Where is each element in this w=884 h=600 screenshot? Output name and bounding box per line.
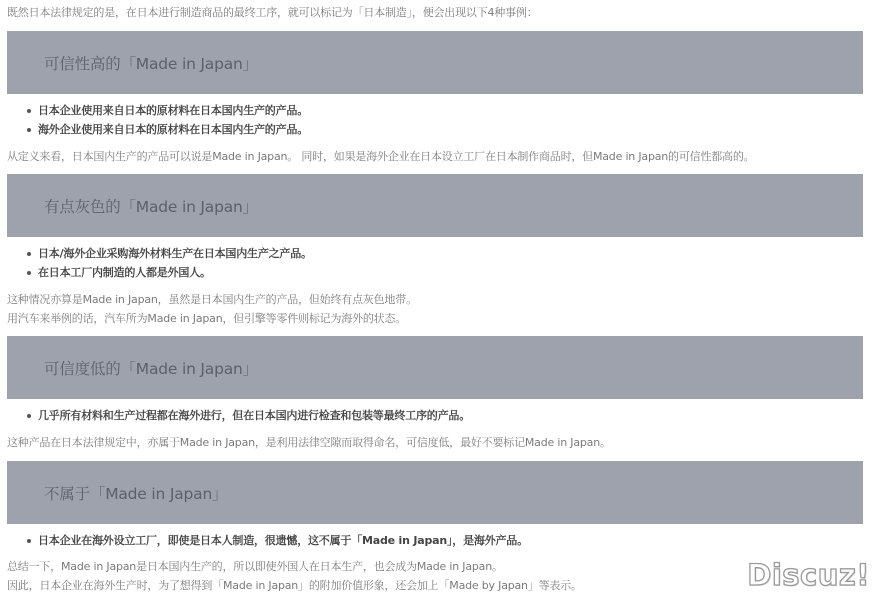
- paragraph: 这种产品在日本法律规定中，亦属于Made in Japan，是利用法律空隙而取得…: [7, 433, 611, 452]
- section-header-not-made-in-japan: 不属于「Made in Japan」: [7, 461, 863, 524]
- list-item: 日本企业使用来自日本的原材料在日本国内生产的产品。: [0, 101, 308, 120]
- bullet-list: 日本企业使用来自日本的原材料在日本国内生产的产品。 海外企业使用来自日本的原材料…: [0, 101, 308, 139]
- list-item: 海外企业使用来自日本的原材料在日本国内生产的产品。: [0, 120, 308, 139]
- bullet-icon: [27, 414, 31, 418]
- bullet-list: 几乎所有材料和生产过程都在海外进行，但在日本国内进行检查和包装等最终工序的产品。: [0, 406, 470, 425]
- intro-paragraph: 既然日本法律规定的是，在日本进行制造商品的最终工序，就可以标记为「日本制造」，便…: [7, 3, 538, 22]
- bullet-icon: [27, 128, 31, 132]
- list-item: 日本企业在海外设立工厂，即使是日本人制造，很遗憾，这不属于「Made in Ja…: [0, 531, 528, 550]
- section-heading: 不属于「Made in Japan」: [44, 482, 227, 504]
- paragraph: 总结一下，Made in Japan是日本国内生产的，所以即使外国人在日本生产，…: [7, 557, 503, 576]
- list-item: 日本/海外企业采购海外材料生产在日本国内生产之产品。: [0, 244, 312, 263]
- paragraph: 用汽车来举例的话，汽车所为Made in Japan，但引擎等零件则标记为海外的…: [7, 309, 406, 328]
- section-heading: 可信性高的「Made in Japan」: [44, 52, 258, 74]
- paragraph: 这种情况亦算是Made in Japan，虽然是日本国内生产的产品，但始终有点灰…: [7, 290, 417, 309]
- bullet-icon: [27, 252, 31, 256]
- bullet-icon: [27, 109, 31, 113]
- list-item: 在日本工厂内制造的人都是外国人。: [0, 263, 312, 282]
- section-heading: 有点灰色的「Made in Japan」: [44, 195, 258, 217]
- bullet-icon: [27, 271, 31, 275]
- paragraph: 从定义来看，日本国内生产的产品可以说是Made in Japan。 同时，如果是…: [7, 147, 754, 166]
- bullet-list: 日本/海外企业采购海外材料生产在日本国内生产之产品。 在日本工厂内制造的人都是外…: [0, 244, 312, 282]
- list-item: 几乎所有材料和生产过程都在海外进行，但在日本国内进行检查和包装等最终工序的产品。: [0, 406, 470, 425]
- section-heading: 可信度低的「Made in Japan」: [44, 357, 258, 379]
- paragraph: 因此，日本企业在海外生产时，为了想得到「Made in Japan」的附加价值形…: [7, 576, 582, 595]
- section-header-gray-area: 有点灰色的「Made in Japan」: [7, 174, 863, 237]
- discuz-watermark-logo: Discuz!: [747, 558, 870, 592]
- bullet-icon: [27, 539, 31, 543]
- section-header-high-trust: 可信性高的「Made in Japan」: [7, 31, 863, 94]
- bullet-list: 日本企业在海外设立工厂，即使是日本人制造，很遗憾，这不属于「Made in Ja…: [0, 531, 528, 550]
- section-header-low-trust: 可信度低的「Made in Japan」: [7, 336, 863, 399]
